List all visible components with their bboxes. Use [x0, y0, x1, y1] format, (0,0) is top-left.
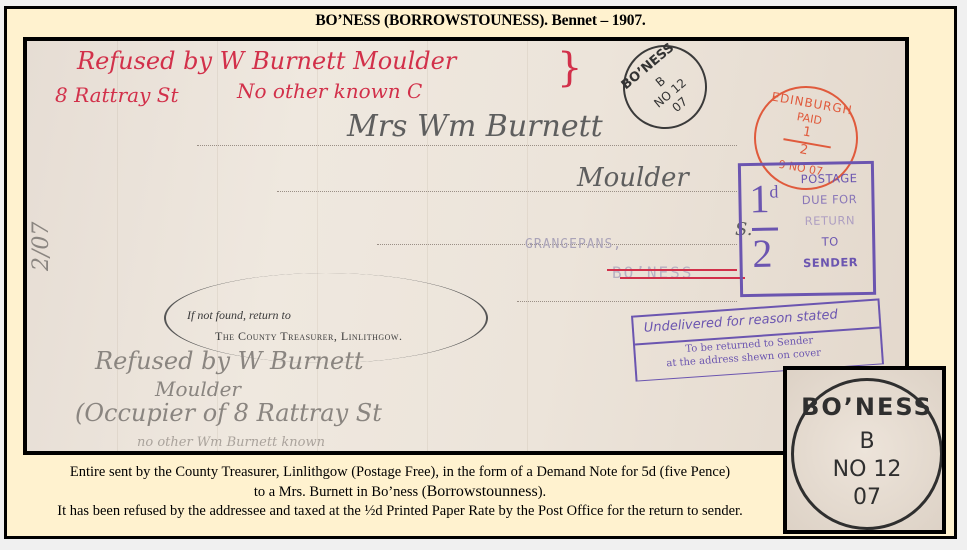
return-line2: The County Treasurer, Linlithgow. [215, 329, 402, 344]
red-manuscript-line2-right: No other known C [237, 79, 422, 103]
red-manuscript-line2-left: 8 Rattray St [55, 83, 178, 107]
town-struck-out: BO’NESS [612, 263, 693, 282]
caption-line2: to a Mrs. Burnett in Bo’ness (Borrowstou… [15, 482, 785, 502]
boness-postmark: BO’NESS B NO 12 07 [606, 37, 724, 146]
pencil-manuscript-line2: Moulder [155, 377, 241, 401]
pencil-manuscript-line4: no other Wm Burnett known [137, 435, 325, 450]
cover-image: Refused by W Burnett Moulder 8 Rattray S… [23, 37, 909, 455]
pencil-manuscript-line1: Refused by W Burnett [95, 347, 364, 375]
caption-line1: Entire sent by the County Treasurer, Lin… [15, 463, 785, 482]
boness-postmark-enlarged: BO’NESS B NO 12 07 [791, 378, 943, 530]
postage-due-handstamp: 1d 2 POSTAGE DUE FOR RETURN TO SENDER [738, 161, 876, 297]
addressee-occupation: Moulder [577, 163, 689, 193]
pencil-manuscript-line3: (Occupier of 8 Rattray St [75, 399, 382, 427]
caption-line3: It has been refused by the addressee and… [15, 502, 785, 521]
town-printed: GRANGEPANS, [525, 237, 622, 252]
addressee-name: Mrs Wm Burnett [347, 109, 603, 144]
caption: Entire sent by the County Treasurer, Lin… [15, 463, 785, 521]
red-bracket: } [557, 45, 582, 91]
postmark-enlargement-inset: BO’NESS B NO 12 07 [783, 366, 946, 534]
pencil-side-note: 2/07 [29, 222, 54, 271]
red-manuscript-line1: Refused by W Burnett Moulder [77, 47, 456, 75]
return-line1: If not found, return to [187, 308, 291, 323]
page-title: BO’NESS (BORROWSTOUNESS). Bennet – 1907. [7, 12, 954, 30]
